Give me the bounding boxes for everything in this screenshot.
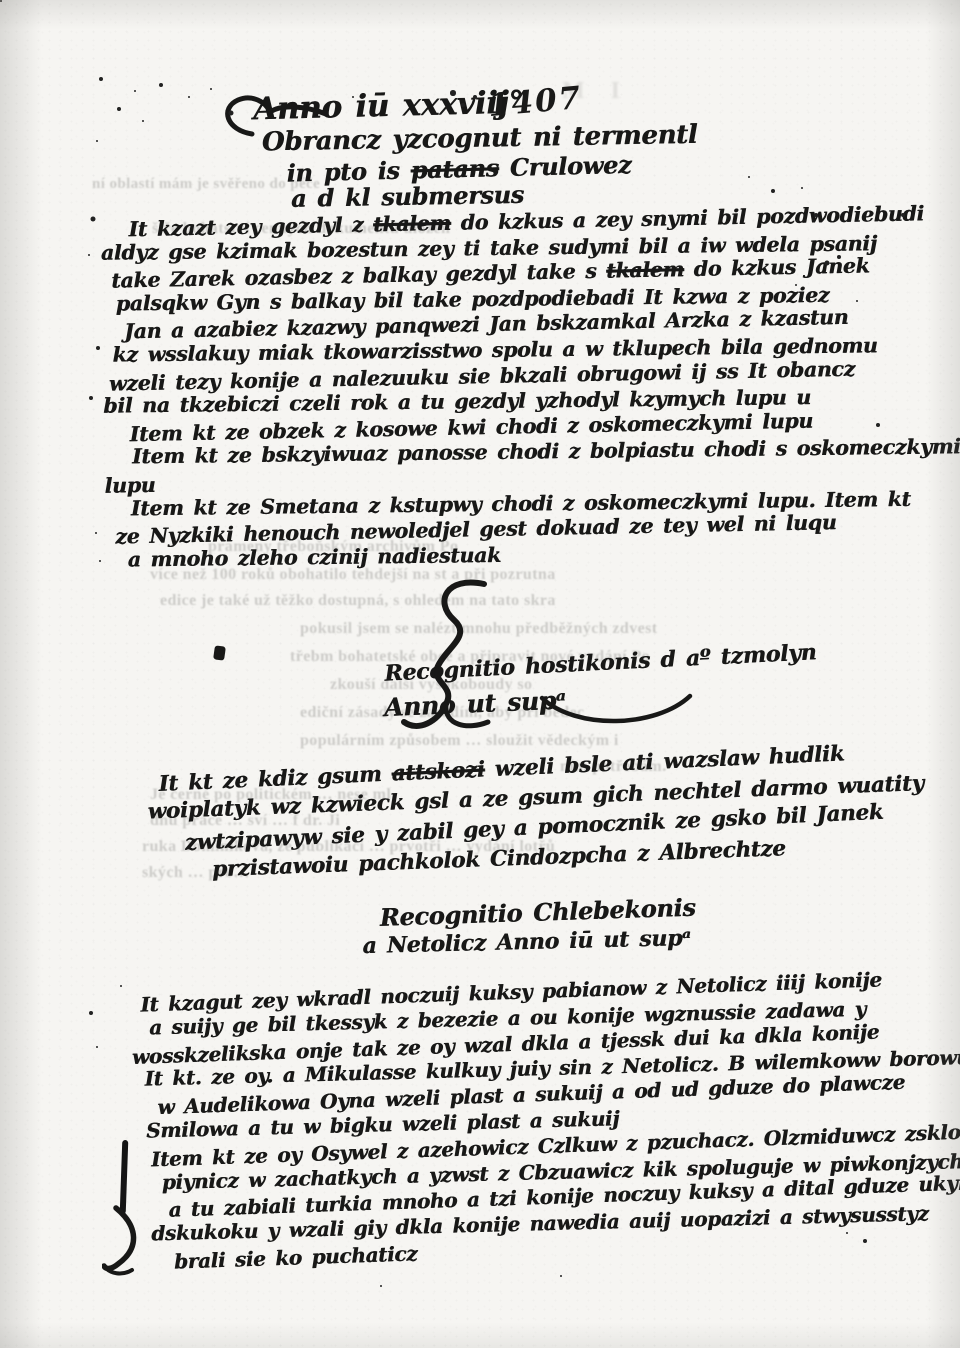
struck-word: tkalem [373, 211, 451, 237]
struck-word: attskozi [391, 757, 485, 786]
struck-word: tkalem [606, 257, 684, 283]
line-segment: It kzazt zey gezdyl z [128, 213, 363, 242]
margin-mark-small [213, 645, 226, 660]
bleedthrough-line: pokusil jsem se nalézt mnohu předběžných… [300, 620, 890, 638]
section-heading-netolicz: Recognitio Chlebekonis a Netolicz Anno i… [361, 893, 696, 959]
underline-swash [536, 688, 696, 732]
bleedthrough-line: edice je také už těžko dostupná, s ohled… [160, 592, 890, 610]
margin-mark-hook [102, 1204, 146, 1278]
heading-segment: Crulowez [509, 150, 631, 182]
line-segment: do kzkus Janek [693, 254, 869, 282]
paragraph-1: It kzazt zey gezdyl z tkalem do kzkus a … [100, 204, 886, 575]
document-heading: Anno iū xxxviij° Obrancz yzcognut ni ter… [227, 81, 699, 215]
manuscript-page: M I ní oblastí mám je svěřeno do péče ší… [0, 0, 960, 1348]
paragraph-3: It kzagut zey wkradl noczuij kuksy pabia… [122, 969, 906, 1276]
ink-speckles [0, 0, 2, 2]
